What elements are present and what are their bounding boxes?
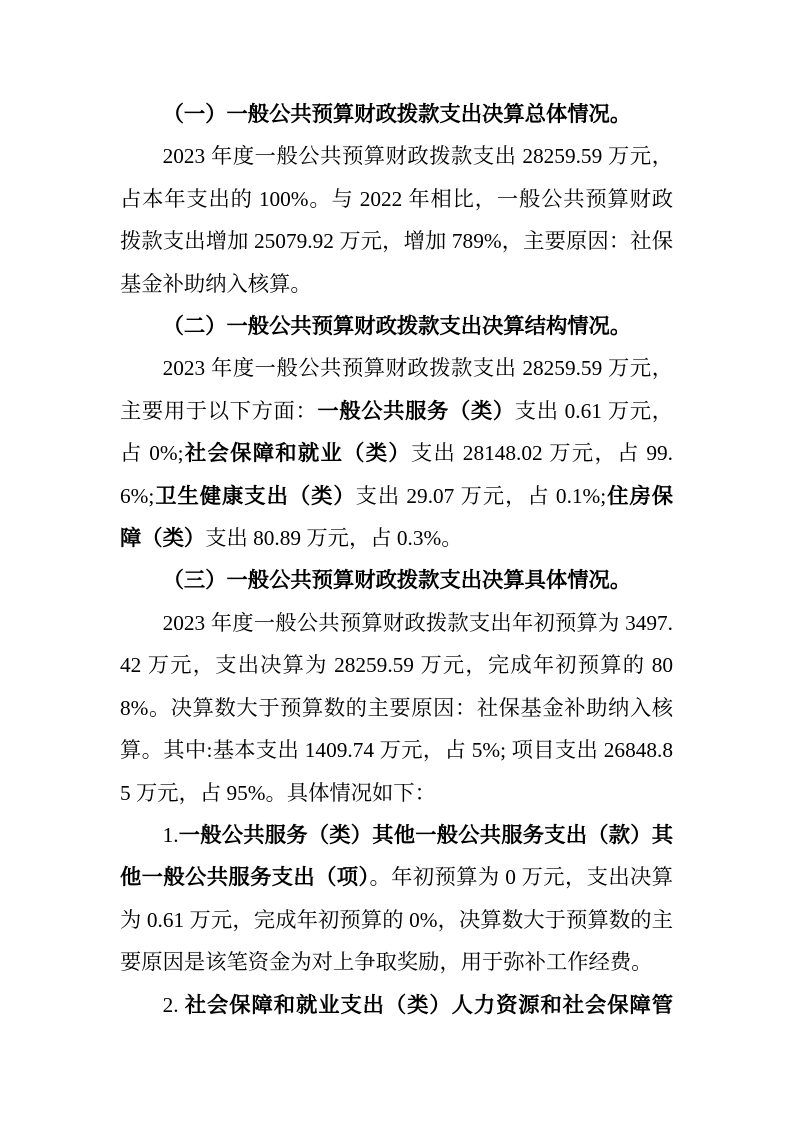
bold-text-run: 卫生健康支出（类） [154,484,355,508]
bold-text-run: 社会保障和就业支出（类）人力资源和社会保障管 [185,993,673,1017]
text-run: 支出 29.07 万元，占 0.1%; [356,484,607,508]
bold-text-run: 一般公共服务（类） [317,399,514,423]
text-run: 支出 80.89 万元，占 0.3%。 [205,526,462,550]
paragraph: 2. 社会保障和就业支出（类）人力资源和社会保障管 [120,984,673,1026]
bold-text-run: （二）一般公共预算财政拨款支出决算结构情况。 [163,314,632,338]
section-heading: （三）一般公共预算财政拨款支出决算具体情况。 [120,559,673,601]
text-run: 2023 年度一般公共预算财政拨款支出 28259.59 万元，占本年支出的 1… [120,144,673,295]
paragraph: 2023 年度一般公共预算财政拨款支出 28259.59 万元，主要用于以下方面… [120,347,673,559]
document-page: （一）一般公共预算财政拨款支出决算总体情况。2023 年度一般公共预算财政拨款支… [0,0,793,1122]
paragraph: 2023 年度一般公共预算财政拨款支出年初预算为 3497.42 万元，支出决算… [120,602,673,814]
bold-text-run: 社会保障和就业（类） [184,441,411,465]
text-run: 2. [163,993,185,1017]
text-run: 2023 年度一般公共预算财政拨款支出年初预算为 3497.42 万元，支出决算… [120,611,673,805]
paragraph: 2023 年度一般公共预算财政拨款支出 28259.59 万元，占本年支出的 1… [120,135,673,305]
paragraph: 1.一般公共服务（类）其他一般公共服务支出（款）其他一般公共服务支出（项）。年初… [120,814,673,984]
text-run: 1. [163,823,179,847]
section-heading: （一）一般公共预算财政拨款支出决算总体情况。 [120,93,673,135]
bold-text-run: （三）一般公共预算财政拨款支出决算具体情况。 [163,568,632,592]
document-body: （一）一般公共预算财政拨款支出决算总体情况。2023 年度一般公共预算财政拨款支… [120,93,673,1026]
section-heading: （二）一般公共预算财政拨款支出决算结构情况。 [120,305,673,347]
bold-text-run: （一）一般公共预算财政拨款支出决算总体情况。 [163,102,632,126]
